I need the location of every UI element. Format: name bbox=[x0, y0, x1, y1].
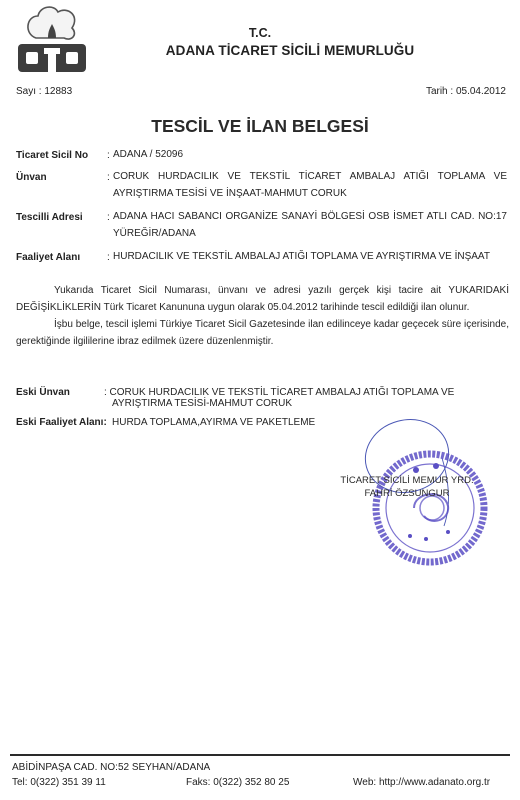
footer-divider bbox=[10, 754, 510, 756]
field-colon: : bbox=[107, 172, 110, 183]
field-label-faaliyet: Faaliyet Alanı bbox=[16, 252, 80, 263]
field-value-unvan: CORUK HURDACILIK VE TEKSTİL TİCARET AMBA… bbox=[113, 168, 507, 202]
paragraph-validity: İşbu belge, tescil işlemi Türkiye Ticare… bbox=[16, 316, 509, 350]
old-unvan-value-line1: : CORUK HURDACILIK VE TEKSTİL TİCARET AM… bbox=[104, 387, 454, 398]
signer-title: TİCARET SİCİLİ MEMUR YRD. bbox=[322, 474, 492, 487]
footer-address: ABİDİNPAŞA CAD. NO:52 SEYHAN/ADANA bbox=[12, 762, 210, 773]
old-faaliyet-label: Eski Faaliyet Alanı: bbox=[16, 417, 107, 428]
footer-phone: Tel: 0(322) 351 39 11 bbox=[12, 777, 106, 788]
old-unvan-label: Eski Ünvan bbox=[16, 387, 70, 398]
field-value-faaliyet: HURDACILIK VE TEKSTİL AMBALAJ ATIĞI TOPL… bbox=[113, 248, 507, 265]
old-unvan-value-line2: AYRIŞTIRMA TESİSİ-MAHMUT CORUK bbox=[112, 398, 292, 409]
field-label-adres: Tescilli Adresi bbox=[16, 212, 83, 223]
footer-website[interactable]: Web: http://www.adanato.org.tr bbox=[353, 777, 490, 788]
field-label-sicil-no: Ticaret Sicil No bbox=[16, 150, 88, 161]
paragraph-declaration: Yukarıda Ticaret Sicil Numarası, ünvanı … bbox=[16, 282, 509, 316]
document-number: Sayı : 12883 bbox=[16, 86, 72, 97]
header-tc: T.C. bbox=[0, 26, 520, 40]
field-colon: : bbox=[107, 252, 110, 263]
old-faaliyet-value: HURDA TOPLAMA,AYIRMA VE PAKETLEME bbox=[112, 417, 315, 428]
ato-logo-icon bbox=[14, 4, 90, 76]
document-title: TESCİL VE İLAN BELGESİ bbox=[0, 116, 520, 137]
field-value-adres: ADANA HACI SABANCI ORGANİZE SANAYİ BÖLGE… bbox=[113, 208, 507, 242]
field-label-unvan: Ünvan bbox=[16, 172, 47, 183]
footer-fax: Faks: 0(322) 352 80 25 bbox=[186, 777, 289, 788]
field-colon: : bbox=[107, 150, 110, 161]
document-date: Tarih : 05.04.2012 bbox=[426, 86, 506, 97]
signer-name: FAHRİ ÖZSUNGUR bbox=[322, 487, 492, 500]
field-value-sicil-no: ADANA / 52096 bbox=[113, 146, 507, 163]
header-organization: ADANA TİCARET SİCİLİ MEMURLUĞU bbox=[100, 43, 480, 58]
field-colon: : bbox=[107, 212, 110, 223]
